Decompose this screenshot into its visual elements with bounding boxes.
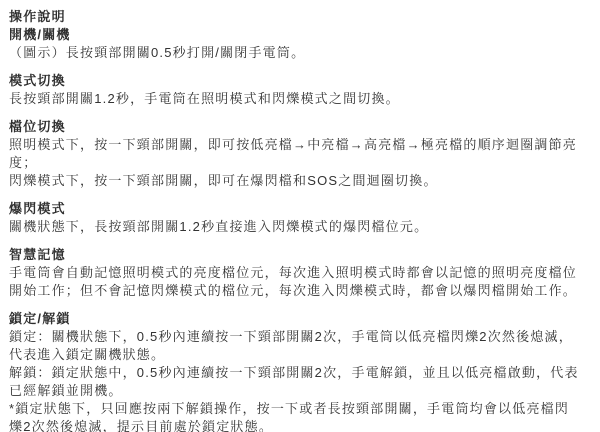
text-line: 照明模式下，按一下頸部開關，即可按低亮檔→中亮檔→高亮檔→極亮檔的順序迴圈調節亮	[9, 136, 592, 154]
text-line: 閃爍模式下，按一下頸部開關，即可在爆閃檔和SOS之間迴圈切換。	[9, 172, 592, 190]
text-line: （圖示）長按頸部開關0.5秒打開/關閉手電筒。	[9, 44, 592, 62]
section-strobe-mode: 爆閃模式 關機狀態下，長按頸部開關1.2秒直接進入閃爍模式的爆閃檔位元。	[9, 200, 592, 236]
text-line: 手電筒會自動記憶照明模式的亮度檔位元，每次進入照明模式時都會以記憶的照明亮度檔位	[9, 264, 592, 282]
text-line: 鎖定：關機狀態下，0.5秒內連續按一下頸部開關2次，手電筒以低亮檔閃爍2次然後熄…	[9, 328, 592, 346]
section-mode-switch: 模式切換 長按頸部開關1.2秒，手電筒在照明模式和閃爍模式之間切換。	[9, 72, 592, 108]
section-power-on-off: 開機/關機 （圖示）長按頸部開關0.5秒打開/關閉手電筒。	[9, 26, 592, 62]
section-heading: 智慧記憶	[9, 246, 592, 264]
section-heading: 爆閃模式	[9, 200, 592, 218]
text-line: 代表進入鎖定關機狀態。	[9, 346, 592, 364]
text-line: 度；	[9, 154, 592, 172]
text-line: 開始工作；但不會記憶閃爍模式的檔位元，每次進入閃爍模式時，都會以爆閃檔開始工作。	[9, 282, 592, 300]
section-heading: 檔位切換	[9, 118, 592, 136]
text-line: 長按頸部開關1.2秒，手電筒在照明模式和閃爍模式之間切換。	[9, 90, 592, 108]
page-title: 操作說明	[9, 8, 592, 26]
text-line: 解鎖：鎖定狀態中，0.5秒內連續按一下頸部開關2次，手電解鎖，並且以低亮檔啟動，…	[9, 364, 592, 382]
section-heading: 模式切換	[9, 72, 592, 90]
section-lock-unlock: 鎖定/解鎖 鎖定：關機狀態下，0.5秒內連續按一下頸部開關2次，手電筒以低亮檔閃…	[9, 310, 592, 432]
text-line: *鎖定狀態下，只回應按兩下解鎖操作，按一下或者長按頸部開關，手電筒均會以低亮檔閃	[9, 400, 592, 418]
text-line: 已經解鎖並開機。	[9, 382, 592, 400]
section-heading: 鎖定/解鎖	[9, 310, 592, 328]
section-smart-memory: 智慧記憶 手電筒會自動記憶照明模式的亮度檔位元，每次進入照明模式時都會以記憶的照…	[9, 246, 592, 300]
instructions-document: 操作說明 開機/關機 （圖示）長按頸部開關0.5秒打開/關閉手電筒。 模式切換 …	[0, 0, 600, 432]
section-heading: 開機/關機	[9, 26, 592, 44]
text-line: 關機狀態下，長按頸部開關1.2秒直接進入閃爍模式的爆閃檔位元。	[9, 218, 592, 236]
text-line: 爍2次然後熄滅，提示目前處於鎖定狀態。	[9, 418, 592, 432]
section-level-switch: 檔位切換 照明模式下，按一下頸部開關，即可按低亮檔→中亮檔→高亮檔→極亮檔的順序…	[9, 118, 592, 190]
